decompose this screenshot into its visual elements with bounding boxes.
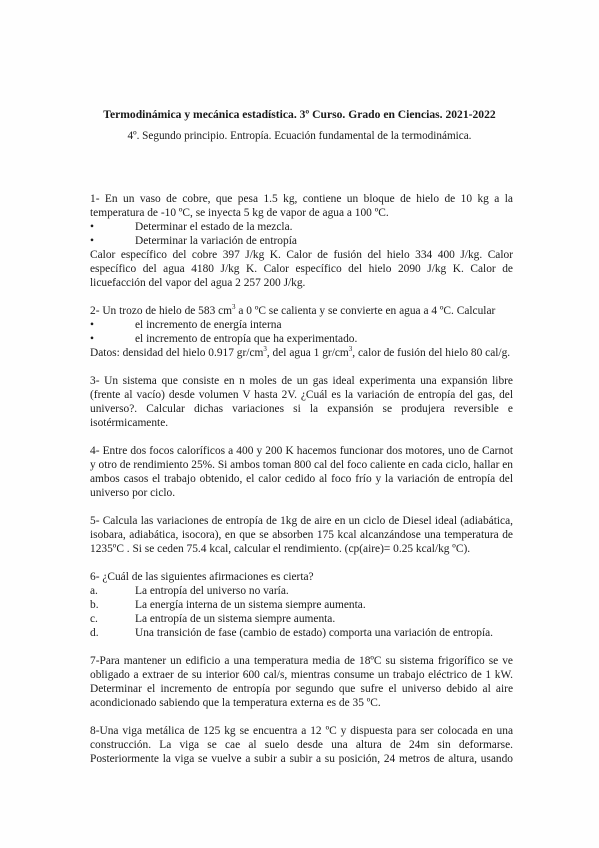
- option-text: La entropía del universo no varía.: [135, 584, 289, 598]
- option-letter: c.: [90, 612, 135, 626]
- problem-2-bullet: • el incremento de energía interna: [90, 318, 513, 332]
- text-fragment: Datos: densidad del hielo 0.917 gr/cm: [90, 347, 263, 359]
- option-letter: a.: [90, 584, 135, 598]
- problem-8-statement: 8-Una viga metálica de 125 kg se encuent…: [90, 724, 513, 766]
- option-letter: d.: [90, 626, 135, 640]
- option-letter: b.: [90, 598, 135, 612]
- option-c: c. La entropía de un sistema siempre aum…: [90, 612, 513, 626]
- document-title: Termodinámica y mecánica estadística. 3º…: [0, 108, 599, 121]
- text-fragment: 2- Un trozo de hielo de 583 cm: [90, 305, 232, 317]
- problem-5-statement: 5- Calcula las variaciones de entropía d…: [90, 514, 513, 556]
- problem-2-statement: 2- Un trozo de hielo de 583 cm3 a 0 ºC s…: [90, 304, 513, 318]
- problem-6-question: 6- ¿Cuál de las siguientes afirmaciones …: [90, 570, 513, 584]
- bullet-icon: •: [90, 318, 135, 332]
- document-subtitle: 4º. Segundo principio. Entropía. Ecuació…: [0, 130, 599, 142]
- problem-6: 6- ¿Cuál de las siguientes afirmaciones …: [90, 570, 513, 640]
- problem-4-statement: 4- Entre dos focos caloríficos a 400 y 2…: [90, 444, 513, 500]
- bullet-text: Determinar el estado de la mezcla.: [135, 220, 293, 234]
- problem-list: 1- En un vaso de cobre, que pesa 1.5 kg,…: [90, 192, 513, 780]
- text-fragment: , del agua 1 gr/cm: [267, 347, 349, 359]
- problem-8: 8-Una viga metálica de 125 kg se encuent…: [90, 724, 513, 766]
- option-d: d. Una transición de fase (cambio de est…: [90, 626, 513, 640]
- text-fragment: , calor de fusión del hielo 80 cal/g.: [352, 347, 510, 359]
- problem-2-bullet: • el incremento de entropía que ha exper…: [90, 332, 513, 346]
- option-text: Una transición de fase (cambio de estado…: [135, 626, 493, 640]
- bullet-text: el incremento de entropía que ha experim…: [135, 332, 357, 346]
- option-a: a. La entropía del universo no varía.: [90, 584, 513, 598]
- bullet-icon: •: [90, 234, 135, 248]
- document-page: Termodinámica y mecánica estadística. 3º…: [0, 0, 599, 848]
- option-text: La entropía de un sistema siempre aument…: [135, 612, 335, 626]
- option-text: La energía interna de un sistema siempre…: [135, 598, 366, 612]
- option-b: b. La energía interna de un sistema siem…: [90, 598, 513, 612]
- problem-1-bullet: • Determinar el estado de la mezcla.: [90, 220, 513, 234]
- problem-3-statement: 3- Un sistema que consiste en n moles de…: [90, 374, 513, 430]
- bullet-text: el incremento de energía interna: [135, 318, 282, 332]
- bullet-icon: •: [90, 220, 135, 234]
- problem-1: 1- En un vaso de cobre, que pesa 1.5 kg,…: [90, 192, 513, 290]
- problem-2-data: Datos: densidad del hielo 0.917 gr/cm3, …: [90, 346, 513, 360]
- problem-1-statement: 1- En un vaso de cobre, que pesa 1.5 kg,…: [90, 192, 513, 220]
- problem-1-data: Calor específico del cobre 397 J/kg K. C…: [90, 248, 513, 290]
- problem-3: 3- Un sistema que consiste en n moles de…: [90, 374, 513, 430]
- problem-1-bullet: • Determinar la variación de entropía: [90, 234, 513, 248]
- problem-2: 2- Un trozo de hielo de 583 cm3 a 0 ºC s…: [90, 304, 513, 360]
- text-fragment: a 0 ºC se calienta y se convierte en agu…: [236, 305, 496, 317]
- problem-5: 5- Calcula las variaciones de entropía d…: [90, 514, 513, 556]
- bullet-icon: •: [90, 332, 135, 346]
- problem-7: 7-Para mantener un edificio a una temper…: [90, 654, 513, 710]
- bullet-text: Determinar la variación de entropía: [135, 234, 297, 248]
- problem-7-statement: 7-Para mantener un edificio a una temper…: [90, 654, 513, 710]
- problem-4: 4- Entre dos focos caloríficos a 400 y 2…: [90, 444, 513, 500]
